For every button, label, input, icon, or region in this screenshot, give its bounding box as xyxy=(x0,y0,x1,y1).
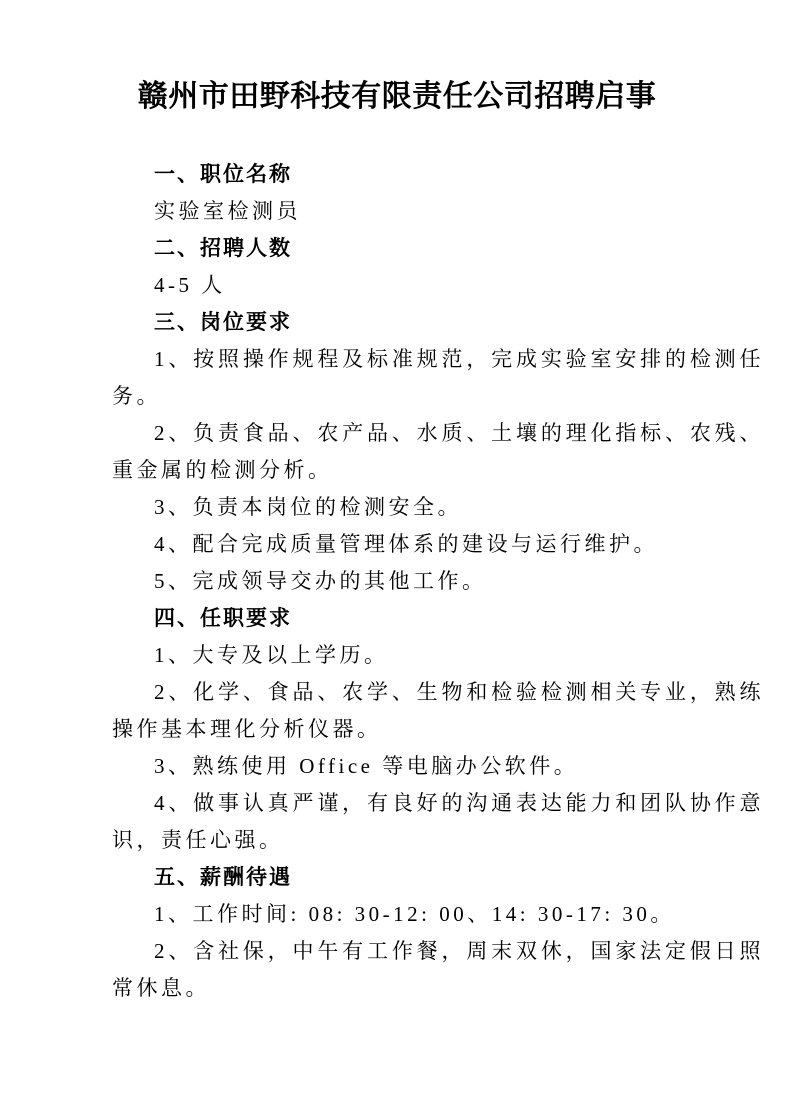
paragraph: 1、按照操作规程及标准规范，完成实验室安排的检测任务。 xyxy=(112,341,764,415)
paragraph: 3、熟练使用 Office 等电脑办公软件。 xyxy=(112,748,764,785)
paragraph: 2、化学、食品、农学、生物和检验检测相关专业，熟练操作基本理化分析仪器。 xyxy=(112,674,764,748)
document-page: 赣州市田野科技有限责任公司招聘启事 一、职位名称实验室检测员二、招聘人数4-5 … xyxy=(0,0,794,1108)
paragraph: 实验室检测员 xyxy=(112,193,764,230)
section-heading: 三、岗位要求 xyxy=(112,304,764,341)
document-body: 一、职位名称实验室检测员二、招聘人数4-5 人三、岗位要求1、按照操作规程及标准… xyxy=(112,156,764,1007)
paragraph: 3、负责本岗位的检测安全。 xyxy=(112,489,764,526)
section-heading: 一、职位名称 xyxy=(112,156,764,193)
paragraph: 2、负责食品、农产品、水质、土壤的理化指标、农残、重金属的检测分析。 xyxy=(112,415,764,489)
paragraph: 4-5 人 xyxy=(112,267,764,304)
paragraph: 1、工作时间: 08: 30-12: 00、14: 30-17: 30。 xyxy=(112,896,764,933)
paragraph: 4、配合完成质量管理体系的建设与运行维护。 xyxy=(112,526,764,563)
section-heading: 五、薪酬待遇 xyxy=(112,859,764,896)
paragraph: 1、大专及以上学历。 xyxy=(112,637,764,674)
section-heading: 二、招聘人数 xyxy=(112,230,764,267)
section-heading: 四、任职要求 xyxy=(112,600,764,637)
paragraph: 5、完成领导交办的其他工作。 xyxy=(112,563,764,600)
paragraph: 4、做事认真严谨，有良好的沟通表达能力和团队协作意识，责任心强。 xyxy=(112,785,764,859)
paragraph: 2、含社保，中午有工作餐，周末双休，国家法定假日照常休息。 xyxy=(112,933,764,1007)
document-title: 赣州市田野科技有限责任公司招聘启事 xyxy=(0,76,794,118)
